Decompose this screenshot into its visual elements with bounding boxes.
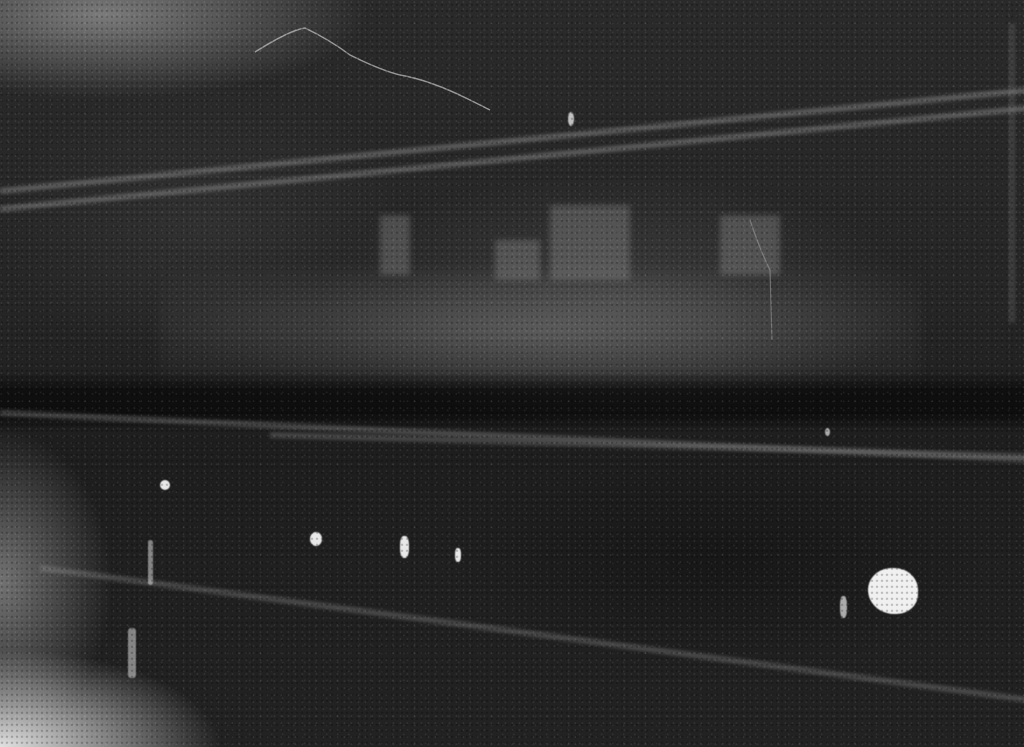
white-speck bbox=[400, 536, 409, 558]
white-speck bbox=[568, 112, 574, 126]
white-speck bbox=[825, 428, 830, 436]
white-speck bbox=[455, 548, 461, 562]
white-speck bbox=[840, 596, 847, 618]
white-speck bbox=[310, 532, 322, 546]
plaster-crack bbox=[0, 0, 1024, 747]
white-speck bbox=[128, 628, 136, 678]
bright-spot bbox=[868, 568, 918, 614]
white-speck bbox=[160, 480, 170, 490]
fresco-photograph bbox=[0, 0, 1024, 747]
white-speck bbox=[148, 540, 153, 585]
